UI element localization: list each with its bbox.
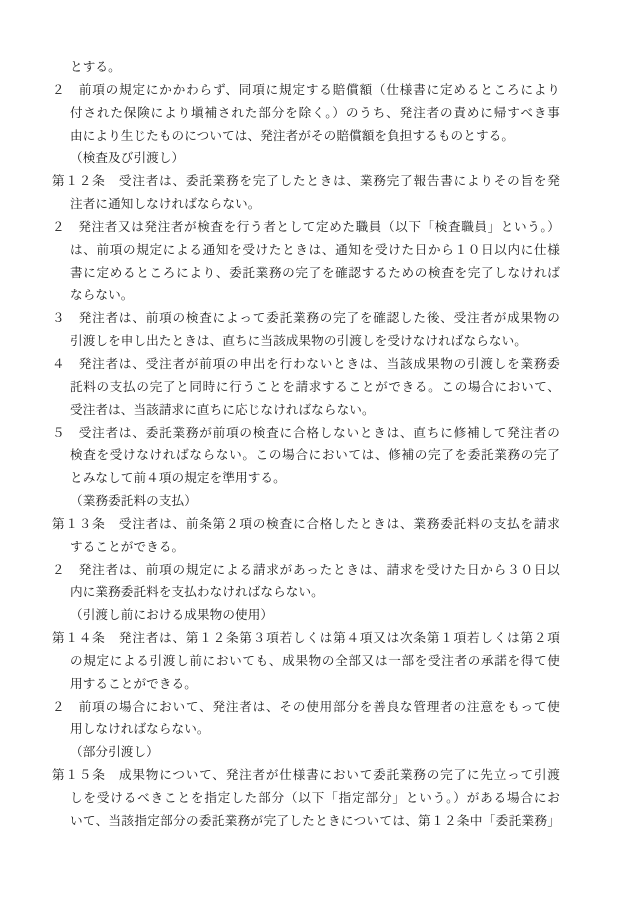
text-line: 受注者は、当該請求に直ちに応じなければならない。: [70, 399, 560, 422]
text-line: （引渡し前における成果物の使用）: [70, 604, 560, 627]
text-line: 引渡しを申し出たときは、直ちに当該成果物の引渡しを受けなければならない。: [70, 330, 560, 353]
text-line: （部分引渡し）: [70, 741, 560, 764]
text-line: ３ 発注者は、前項の検査によって委託業務の完了を確認した後、受注者が成果物の: [52, 307, 560, 330]
text-line: は、前項の規定による通知を受けたときは、通知を受けた日から１０日以内に仕様: [70, 239, 560, 262]
text-line: 第１５条 成果物について、発注者が仕様書において委託業務の完了に先立って引渡: [52, 764, 560, 787]
text-line: ならない。: [70, 284, 560, 307]
text-line: 内に業務委託料を支払わなければならない。: [70, 581, 560, 604]
text-line: （検査及び引渡し）: [70, 147, 560, 170]
text-line: 託料の支払の完了と同時に行うことを請求することができる。この場合において、: [70, 376, 560, 399]
text-line: ２ 前項の場合において、発注者は、その使用部分を善良な管理者の注意をもって使: [52, 696, 560, 719]
text-line: ２ 前項の規定にかかわらず、同項に規定する賠償額（仕様書に定めるところにより: [52, 79, 560, 102]
text-line: いて、当該指定部分の委託業務が完了したときについては、第１２条中「委託業務」: [70, 810, 560, 833]
text-line: （業務委託料の支払）: [70, 490, 560, 513]
text-line: 用することができる。: [70, 673, 560, 696]
text-line: の規定による引渡し前においても、成果物の全部又は一部を受注者の承諾を得て使: [70, 650, 560, 673]
text-line: 第１２条 受注者は、委託業務を完了したときは、業務完了報告書によりその旨を発: [52, 170, 560, 193]
text-line: しを受けるべきことを指定した部分（以下「指定部分」という。）がある場合にお: [70, 787, 560, 810]
text-line: とする。: [70, 56, 560, 79]
text-line: 書に定めるところにより、委託業務の完了を確認するための検査を完了しなければ: [70, 262, 560, 285]
text-line: 第１４条 発注者は、第１２条第３項若しくは第４項又は次条第１項若しくは第２項: [52, 627, 560, 650]
text-line: 検査を受けなければならない。この場合においては、修補の完了を委託業務の完了: [70, 444, 560, 467]
text-line: ２ 発注者は、前項の規定による請求があったときは、請求を受けた日から３０日以: [52, 559, 560, 582]
text-line: 第１３条 受注者は、前条第２項の検査に合格したときは、業務委託料の支払を請求: [52, 513, 560, 536]
text-line: ５ 受注者は、委託業務が前項の検査に合格しないときは、直ちに修補して発注者の: [52, 422, 560, 445]
text-line: 付された保険により塡補された部分を除く。）のうち、発注者の責めに帰すべき事: [70, 102, 560, 125]
text-line: することができる。: [70, 536, 560, 559]
text-line: 由により生じたものについては、発注者がその賠償額を負担するものとする。: [70, 125, 560, 148]
text-line: ４ 発注者は、受注者が前項の申出を行わないときは、当該成果物の引渡しを業務委: [52, 353, 560, 376]
text-line: 用しなければならない。: [70, 718, 560, 741]
text-line: とみなして前４項の規定を準用する。: [70, 467, 560, 490]
text-line: 注者に通知しなければならない。: [70, 193, 560, 216]
document-text-block: とする。２ 前項の規定にかかわらず、同項に規定する賠償額（仕様書に定めるところに…: [52, 56, 560, 833]
text-line: ２ 発注者又は発注者が検査を行う者として定めた職員（以下「検査職員」という。）: [52, 216, 560, 239]
document-page: とする。２ 前項の規定にかかわらず、同項に規定する賠償額（仕様書に定めるところに…: [0, 0, 630, 903]
